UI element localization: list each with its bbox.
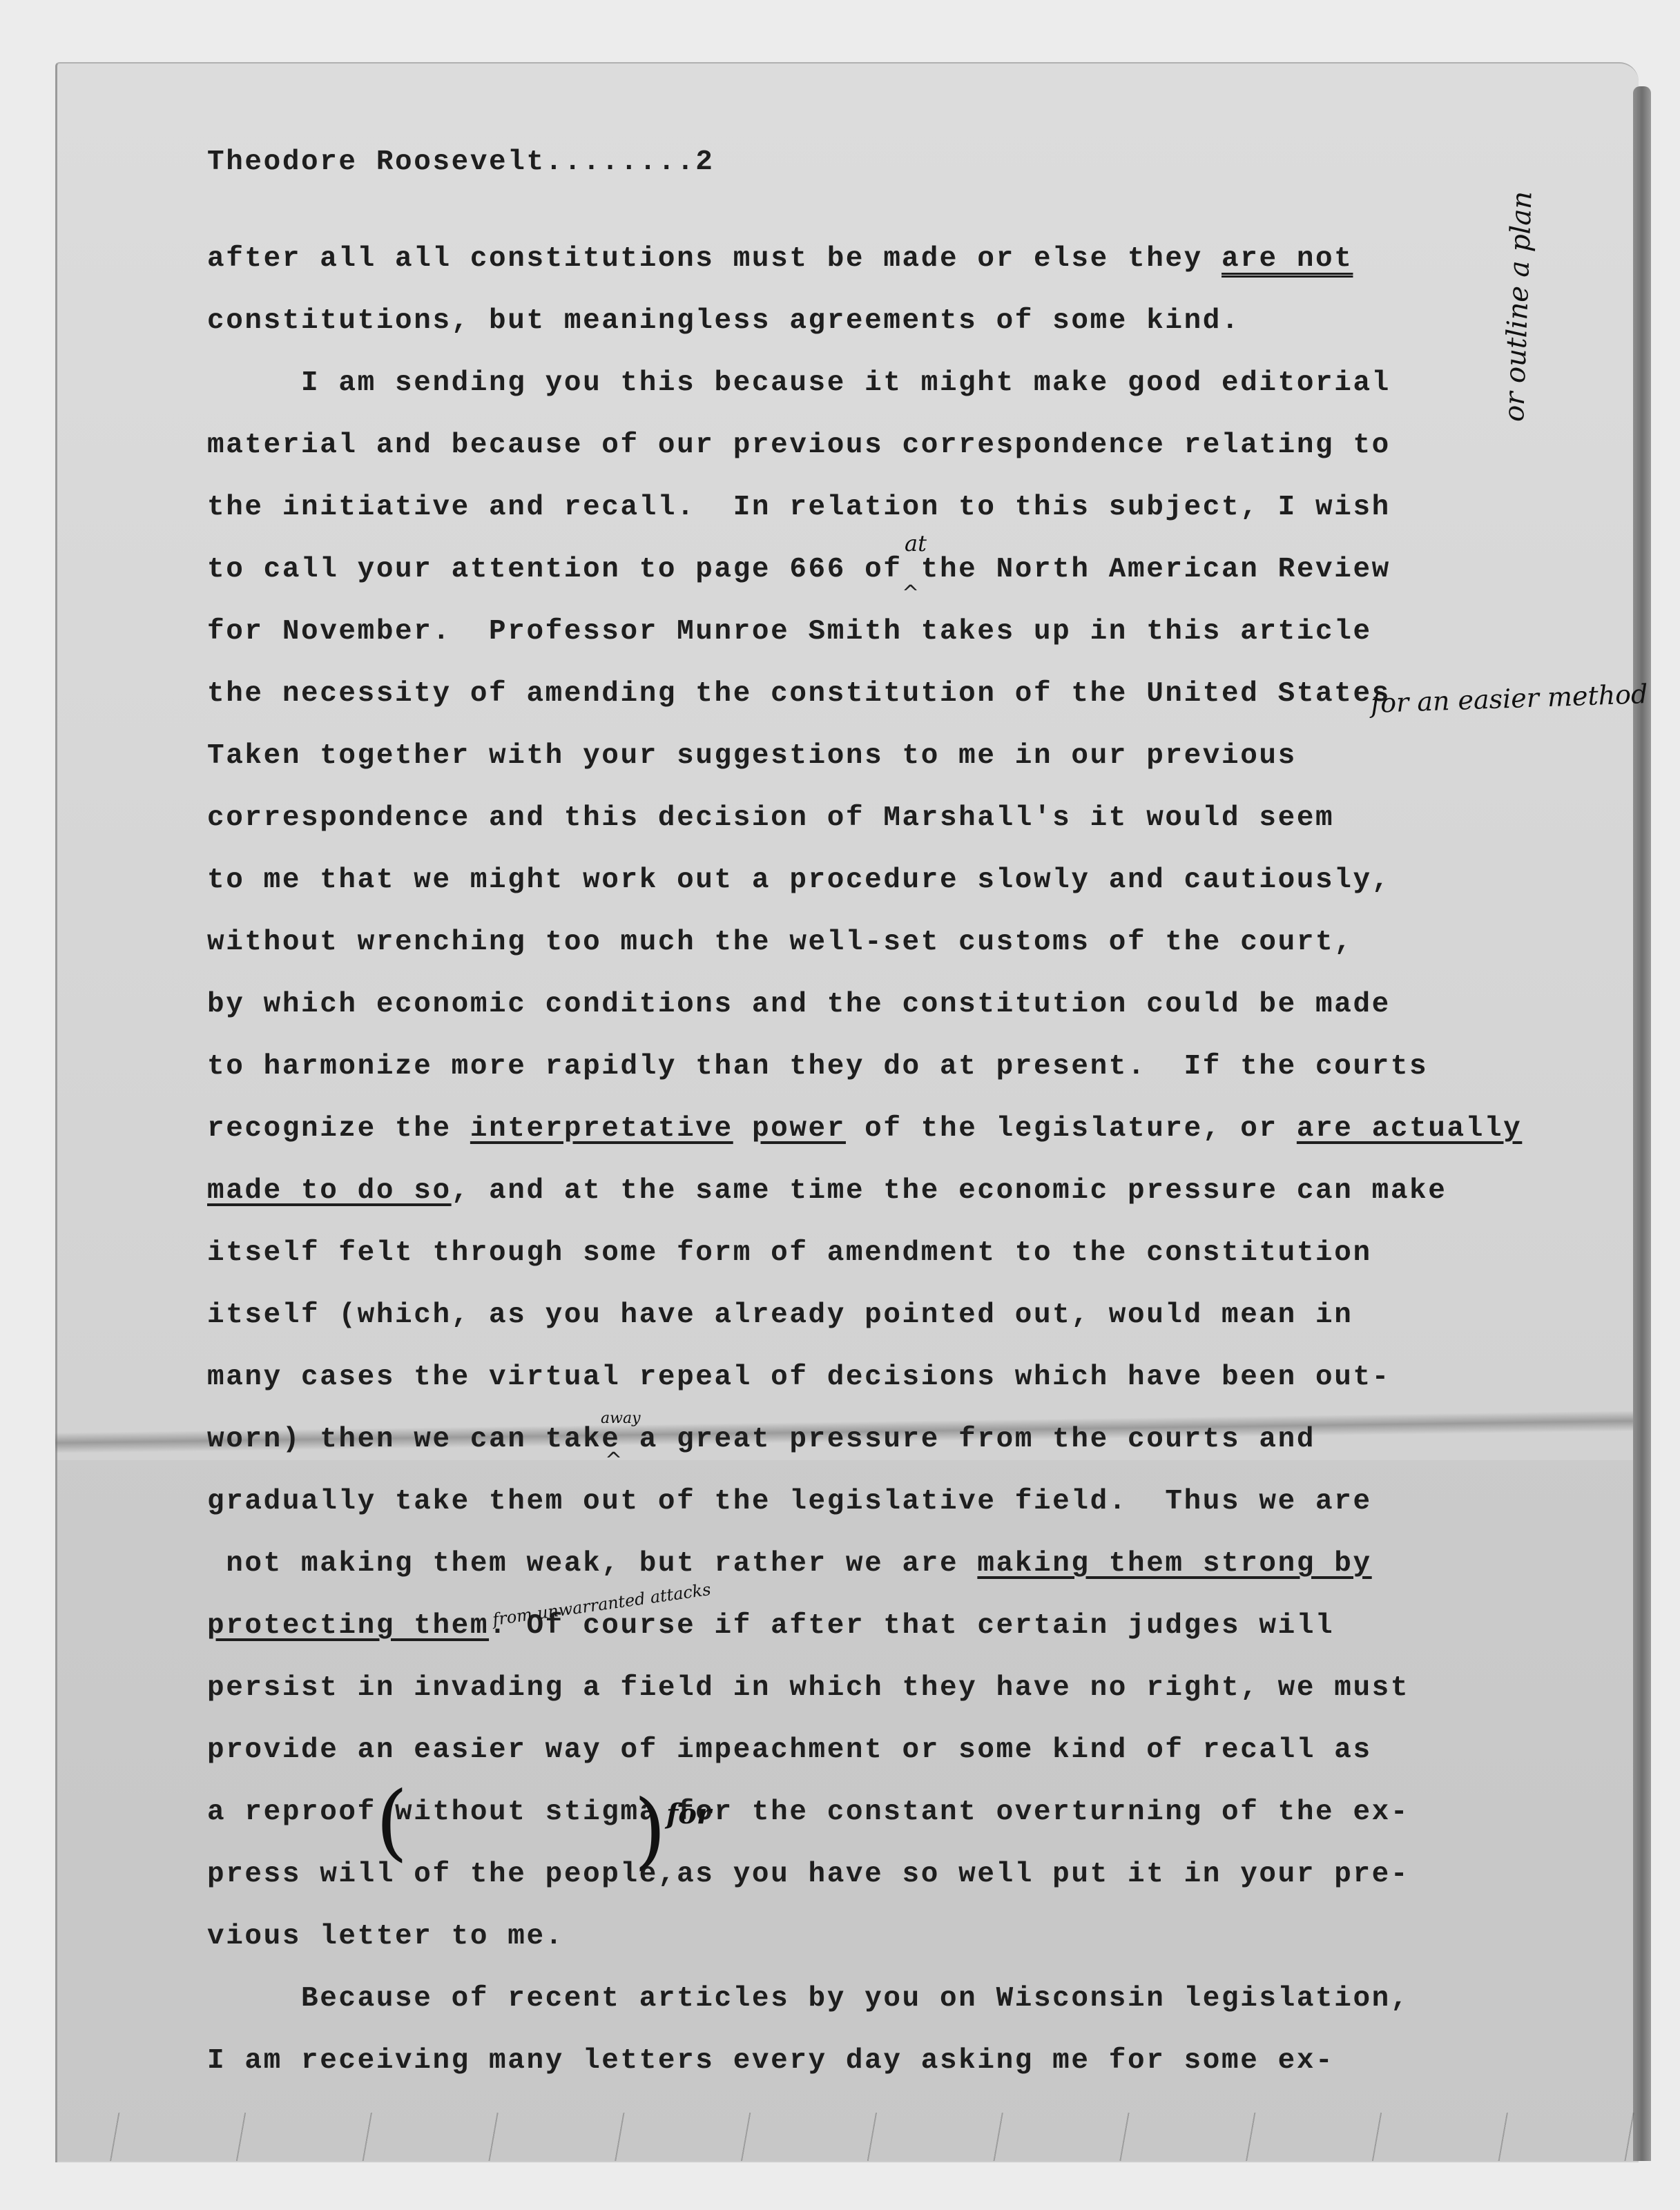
line-text: recognize the	[207, 1113, 470, 1145]
body-line-23: protecting them. Of course if after that…	[207, 1609, 1334, 1643]
body-line-7: for November. Professor Munroe Smith tak…	[207, 614, 1372, 649]
handwritten-insert-at: at	[905, 530, 927, 556]
body-line-15: recognize the interpretative power of th…	[207, 1112, 1522, 1146]
underlined-phrase: power	[752, 1113, 846, 1145]
body-line-6: to call your attention to page 666 of th…	[207, 552, 1391, 587]
insertion-caret-icon: ^	[902, 581, 919, 605]
body-line-12: without wrenching too much the well-set …	[207, 925, 1353, 960]
line-text: after all all constitutions must be made…	[207, 243, 1222, 275]
body-line-21: gradually take them out of the legislati…	[207, 1484, 1372, 1519]
page-header: Theodore Roosevelt........2	[207, 145, 715, 180]
body-line-16: made to do so, and at the same time the …	[207, 1174, 1447, 1208]
scratch-marks	[55, 2113, 1636, 2161]
body-line-13: by which economic conditions and the con…	[207, 987, 1391, 1022]
underlined-phrase: making them strong by	[977, 1548, 1371, 1580]
handwritten-insert-away: away	[601, 1410, 641, 1427]
body-line-20: worn) then we can take a great pressure …	[207, 1422, 1315, 1457]
body-line-28: vious letter to me.	[207, 1919, 564, 1954]
body-line-25: provide an easier way of impeachment or …	[207, 1733, 1372, 1767]
handwritten-open-paren: (	[376, 1781, 408, 1864]
body-line-19: many cases the virtual repeal of decisio…	[207, 1360, 1391, 1395]
underlined-phrase: made to do so	[207, 1175, 452, 1207]
body-line-3: I am sending you this because it might m…	[207, 366, 1391, 400]
underlined-phrase: are actually	[1297, 1113, 1522, 1145]
body-line-11: to me that we might work out a procedure…	[207, 863, 1391, 898]
body-line-10: correspondence and this decision of Mars…	[207, 801, 1334, 835]
body-line-2: constitutions, but meaningless agreement…	[207, 304, 1240, 338]
line-text	[733, 1113, 752, 1145]
body-line-14: to harmonize more rapidly than they do a…	[207, 1049, 1428, 1084]
underlined-phrase: interpretative	[470, 1113, 733, 1145]
paper-right-edge-shadow	[1633, 86, 1651, 2161]
body-line-22: not making them weak, but rather we are …	[207, 1547, 1372, 1581]
line-text: , and at the same time the economic pres…	[452, 1175, 1447, 1207]
body-line-17: itself felt through some form of amendme…	[207, 1236, 1372, 1270]
underlined-phrase: are not	[1222, 243, 1353, 275]
line-text: . Of course if after that certain judges…	[489, 1610, 1334, 1642]
body-line-4: material and because of our previous cor…	[207, 428, 1391, 463]
insertion-caret-icon: ^	[605, 1448, 622, 1473]
body-line-18: itself (which, as you have already point…	[207, 1298, 1353, 1332]
body-line-5: the initiative and recall. In relation t…	[207, 490, 1391, 525]
underlined-phrase: protecting them	[207, 1610, 489, 1642]
line-text: of the legislature, or	[846, 1113, 1297, 1145]
line-text: not making them weak, but rather we are	[207, 1548, 977, 1580]
body-line-30: I am receiving many letters every day as…	[207, 2044, 1334, 2078]
body-line-8: the necessity of amending the constituti…	[207, 677, 1391, 711]
handwritten-close-paren: )	[634, 1790, 666, 1872]
body-line-24: persist in invading a field in which the…	[207, 1671, 1409, 1705]
body-line-29: Because of recent articles by you on Wis…	[207, 1981, 1409, 2016]
handwritten-insert-for: for	[666, 1798, 711, 1830]
body-line-1: after all all constitutions must be made…	[207, 242, 1353, 276]
body-line-9: Taken together with your suggestions to …	[207, 739, 1297, 773]
